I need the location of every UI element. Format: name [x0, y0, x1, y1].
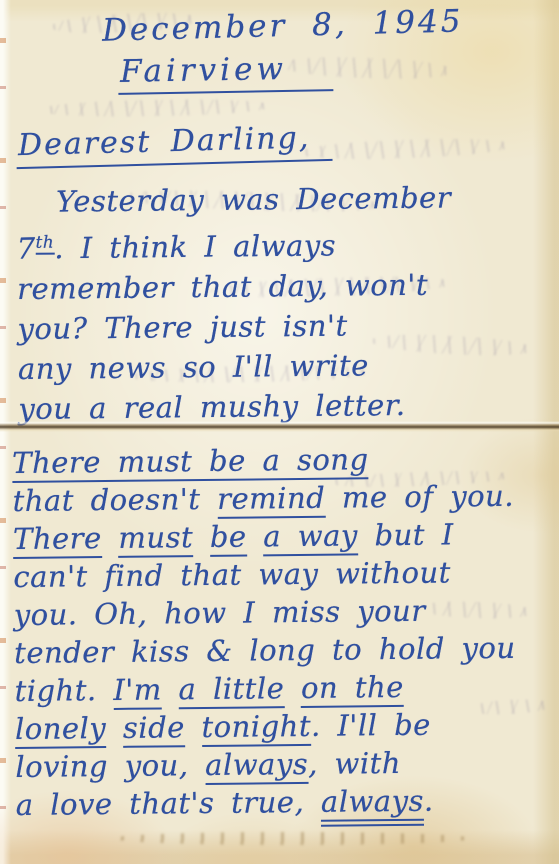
- letter-paragraph-1: Yesterday was December7th. I think I alw…: [16, 177, 453, 428]
- letter-salutation: Dearest Darling,: [16, 120, 333, 163]
- letter-text-segment: [102, 521, 119, 555]
- letter-paper: December 8, 1945 Fairview Dearest Darlin…: [0, 0, 559, 864]
- bleedthrough-ghost-writing: [40, 98, 270, 118]
- letter-text-segment: th: [35, 232, 54, 255]
- letter-line: remember that day, won't: [17, 264, 452, 309]
- letter-text-segment: but I: [358, 517, 454, 552]
- letter-text-segment: me of you.: [325, 479, 514, 515]
- letter-text-segment: always: [205, 747, 308, 785]
- letter-text-segment: There: [13, 521, 102, 559]
- letter-line: you. Oh, how I miss your: [14, 591, 516, 634]
- paper-edge-specks: [0, 0, 6, 864]
- letter-text-segment: that doesn't: [12, 482, 217, 518]
- letter-line: any news so I'll write: [18, 344, 453, 389]
- letter-text-segment: . I'll be: [311, 708, 431, 743]
- letter-location: Fairview: [118, 50, 334, 90]
- letter-text-segment: you. Oh, how I miss your: [14, 594, 426, 632]
- letter-text-segment: I'm: [113, 672, 162, 710]
- letter-line: tight. I'm a little on the: [14, 667, 516, 710]
- letter-line: lonely side tonight. I'll be: [15, 705, 517, 748]
- letter-text-segment: tonight: [201, 709, 311, 747]
- letter-text-segment: on the: [301, 670, 404, 708]
- letter-date: December 8, 1945: [102, 3, 464, 48]
- letter-text-segment: 7: [17, 231, 36, 265]
- letter-text-segment: [284, 671, 301, 705]
- letter-text-segment: [106, 711, 123, 745]
- letter-line: that doesn't remind me of you.: [12, 477, 514, 520]
- letter-line: tender kiss & long to hold you: [14, 629, 516, 672]
- letter-text-segment: , with: [308, 746, 401, 781]
- letter-text-segment: [185, 710, 202, 744]
- letter-text-segment: [246, 519, 263, 553]
- letter-line: There must be a song: [12, 439, 514, 482]
- letter-text-segment: tight.: [14, 673, 113, 708]
- letter-text-segment: side: [123, 710, 185, 748]
- letter-line: loving you, always, with: [15, 743, 517, 786]
- letter-text-segment: There must be a song: [12, 442, 369, 483]
- letter-text-segment: a love that's true,: [16, 785, 321, 822]
- letter-text-segment: .: [424, 784, 434, 818]
- letter-text-segment: [162, 672, 179, 706]
- letter-text-segment: [193, 520, 210, 554]
- letter-text-segment: be: [210, 520, 247, 557]
- letter-line: There must be a way but I: [13, 515, 515, 558]
- letter-text-segment: can't find that way without: [13, 555, 451, 594]
- letter-text-segment: a way: [263, 518, 358, 556]
- letter-text-segment: always: [321, 784, 424, 827]
- letter-salutation-text: Dearest Darling,: [16, 120, 333, 169]
- letter-text-segment: you a real mushy letter.: [18, 388, 406, 426]
- letter-line: can't find that way without: [13, 553, 515, 596]
- letter-text-segment: tender kiss & long to hold you: [14, 631, 516, 670]
- letter-text-segment: lonely: [15, 711, 107, 749]
- letter-line: Yesterday was December: [56, 177, 451, 221]
- letter-text-segment: . I think I always: [54, 228, 336, 265]
- letter-paragraph-2: There must be a songthat doesn't remind …: [12, 439, 517, 824]
- letter-text-segment: remind: [217, 481, 325, 519]
- fold-crease: [0, 421, 559, 432]
- letter-text-segment: remember that day, won't: [17, 267, 428, 305]
- letter-line: 7th. I think I always: [16, 217, 451, 268]
- letter-line: you? There just isn't: [17, 304, 452, 349]
- letter-text-segment: loving you,: [15, 748, 205, 784]
- bottom-smudge-stain: [112, 832, 472, 845]
- letter-text-segment: Yesterday was December: [56, 180, 451, 218]
- letter-text-segment: you? There just isn't: [17, 308, 347, 345]
- letter-text-segment: must: [118, 520, 193, 558]
- letter-line: a love that's true, always.: [16, 781, 518, 824]
- letter-text-segment: a little: [178, 671, 284, 709]
- letter-location-text: Fairview: [118, 50, 334, 95]
- letter-text-segment: any news so I'll write: [18, 348, 369, 386]
